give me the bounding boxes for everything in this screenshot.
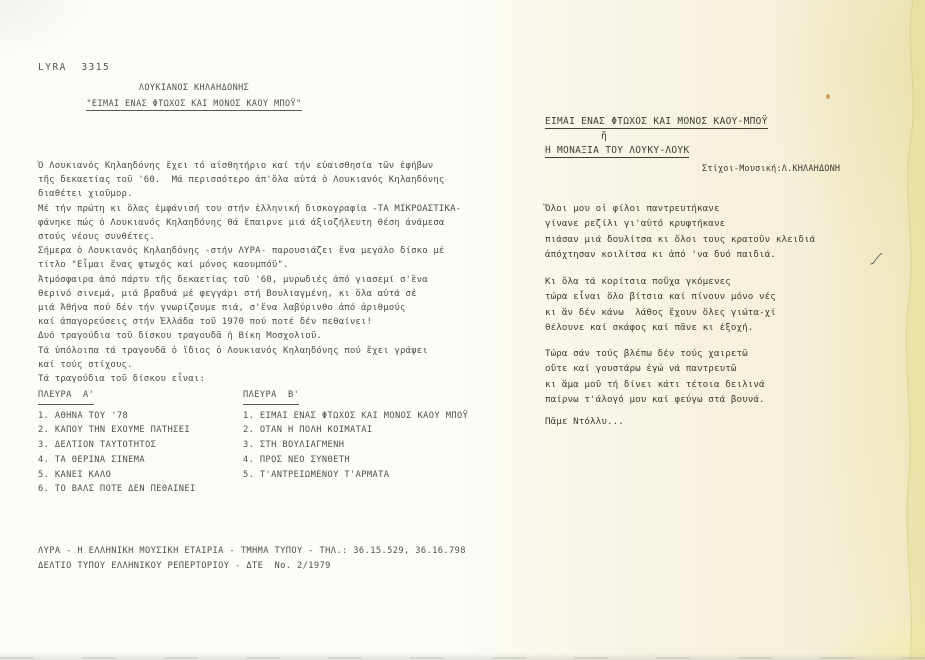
track-item: 5. ΚΑΝΕΙ ΚΑΛΟ xyxy=(38,468,196,483)
track-item: 3. ΔΕΛΤΙΟΝ ΤΑΥΤΟΤΗΤΟΣ xyxy=(38,438,196,453)
alt-title-wrap: Η ΜΟΝΑΞΙΑ ΤΟΥ ΛΟΥΚΥ-ΛΟΥΚ xyxy=(545,145,689,158)
song-title: ΕΙΜΑΙ ΕΝΑΣ ΦΤΩΧΟΣ ΚΑΙ ΜΟΝΟΣ ΚΑΟΥ-ΜΠΟΫ xyxy=(545,116,768,129)
lyric-line: Ὅλοι μου οἱ φίλοι παντρευτήκανε xyxy=(545,201,815,216)
press-footer: ΛΥΡΑ - Η ΕΛΛΗΝΙΚΗ ΜΟΥΣΙΚΗ ΕΤΑΙΡΙΑ - ΤΜΗΜ… xyxy=(38,544,466,575)
rust-speck xyxy=(825,93,830,99)
track-item: 1. ΑΘΗΝΑ ΤΟΥ '78 xyxy=(38,409,196,424)
track-item: 3. ΣΤΗ ΒΟΥΛΙΑΓΜΕΝΗ xyxy=(243,438,468,453)
pencil-mark xyxy=(868,252,884,266)
press-line: στούς νέους συνθέτες. xyxy=(38,230,468,244)
scan-bottom-shadow xyxy=(0,653,925,660)
press-line: Δυό τραγούδια τοῦ δίσκου τραγουδᾶ ἡ Βίκη… xyxy=(38,329,468,343)
track-item: 5. Τ'ΑΝΤΡΕΙΩΜΕΝΟΥ Τ'ΑΡΜΑΤΑ xyxy=(243,468,468,483)
lyric-line: τώρα εἶναι ὅλο βίτσια καί πίνουν μόνο νέ… xyxy=(545,289,776,304)
press-line: Ὁ Λουκιανός Κηλαηδόνης ἔχει τό αἰσθητήρι… xyxy=(38,159,468,173)
track-item: 1. ΕΙΜΑΙ ΕΝΑΣ ΦΤΩΧΟΣ ΚΑΙ ΜΟΝΟΣ ΚΑΟΥ ΜΠΟΫ xyxy=(243,409,468,424)
press-text: Ὁ Λουκιανός Κηλαηδόνης ἔχει τό αἰσθητήρι… xyxy=(38,159,468,386)
song-title-wrap: ΕΙΜΑΙ ΕΝΑΣ ΦΤΩΧΟΣ ΚΑΙ ΜΟΝΟΣ ΚΑΟΥ-ΜΠΟΫ xyxy=(545,116,768,129)
track-item: 4. ΤΑ ΘΕΡΙΝΑ ΣΙΝΕΜΑ xyxy=(38,453,196,468)
footer-line: ΛΥΡΑ - Η ΕΛΛΗΝΙΚΗ ΜΟΥΣΙΚΗ ΕΤΑΙΡΙΑ - ΤΜΗΜ… xyxy=(38,544,466,559)
scanned-press-release: LYRA 3315 ΛΟΥΚΙΑΝΟΣ ΚΗΛΑΗΔΟΝΗΣ "ΕΙΜΑΙ ΕΝ… xyxy=(0,0,925,660)
press-line: μιά Ἀθήνα πού δέν τήν γνωρίζουμε πιά, σ'… xyxy=(38,301,468,315)
lyric-line: οὔτε καί γουστάρω ἐγώ νά παντρευτῶ xyxy=(545,361,765,376)
footer-line: ΔΕΛΤΙΟ ΤΥΠΟΥ ΕΛΛΗΝΙΚΟΥ ΡΕΠΕΡΤΟΡΙΟΥ - ΔΤΕ… xyxy=(38,559,466,574)
press-line: τίτλο "Εἶμαι ἕνας φτωχός καί μόνος καουμ… xyxy=(38,258,468,272)
press-line: καί τούς στίχους. xyxy=(38,358,468,372)
lyrics-stanza-2: Κι ὅλα τά κορίτσια ποὔχα γκόμενες τώρα ε… xyxy=(545,274,776,336)
record-title: "ΕΙΜΑΙ ΕΝΑΣ ΦΤΩΧΟΣ ΚΑΙ ΜΟΝΟΣ ΚΑΟΥ ΜΠΟΫ" xyxy=(86,99,301,111)
lyric-line: ἀπόχτησαν κοιλίτσα κι ἀπό 'να δυό παιδιά… xyxy=(545,247,815,262)
track-item: 2. ΟΤΑΝ Η ΠΟΛΗ ΚΟΙΜΑΤΑΙ xyxy=(243,423,468,438)
lyric-line: Τώρα σάν τούς βλέπω δέν τούς χαιρετῶ xyxy=(545,346,765,361)
credits: Στίχοι-Μουσική:Λ.ΚΗΛΑΗΔΟΝΗ xyxy=(702,164,840,174)
side-a-header: ΠΛΕΥΡΑ Α' xyxy=(38,388,94,405)
lyric-line: κι ἄμα μοῦ τή δίνει κάτι τέτοια δειλινά xyxy=(545,377,765,392)
press-line: καί ἀπαγορεύσεις στήν Ἑλλάδα τοῦ 1970 πο… xyxy=(38,315,468,329)
alt-title: Η ΜΟΝΑΞΙΑ ΤΟΥ ΛΟΥΚΥ-ΛΟΥΚ xyxy=(545,145,689,158)
track-item: 4. ΠΡΟΣ ΝΕΟ ΣΥΝΘΕΤΗ xyxy=(243,453,468,468)
record-title-wrap: "ΕΙΜΑΙ ΕΝΑΣ ΦΤΩΧΟΣ ΚΑΙ ΜΟΝΟΣ ΚΑΟΥ ΜΠΟΫ" xyxy=(38,99,350,111)
press-line: Μέ τήν πρώτη κι ὅλας ἐμφάνισή του στήν ἑ… xyxy=(38,202,468,216)
track-item: 2. ΚΑΠΟΥ ΤΗΝ ΕΧΟΥΜΕ ΠΑΤΗΣΕΙ xyxy=(38,423,196,438)
catalog-number: LYRA 3315 xyxy=(38,62,110,73)
lyric-line: παίρνω τ'άλογό μου καί φεύγω στά βουνά. xyxy=(545,392,765,407)
press-line: τῆς δεκαετίας τοῦ '60. Μά περισσότερο ἀπ… xyxy=(38,173,468,187)
track-item: 6. ΤΟ ΒΑΛΣ ΠΟΤΕ ΔΕΝ ΠΕΘΑΙΝΕΙ xyxy=(38,482,196,497)
lyrics-stanza-1: Ὅλοι μου οἱ φίλοι παντρευτήκανε γίνανε ρ… xyxy=(545,201,815,263)
press-line: Τά ὑπόλοιπα τά τραγουδᾶ ὁ ἴδιος ὁ Λουκια… xyxy=(38,344,468,358)
or-separator: ἤ xyxy=(601,131,607,142)
outro-line: Πᾶμε Ντόλλυ... xyxy=(545,414,624,429)
lyric-line: θέλουνε καί σκάφος καί πᾶνε κι ἐξοχή. xyxy=(545,320,776,335)
side-b-header: ΠΛΕΥΡΑ Β' xyxy=(243,388,299,405)
press-line: Σήμερα ὁ Λουκιανός Κηλαηδόνης -στήν ΛΥΡΑ… xyxy=(38,244,468,258)
press-line: Ἀτμόσφαιρα ἀπό πάρτυ τῆς δεκαετίας τοῦ '… xyxy=(38,273,468,287)
paper-edge-texture xyxy=(883,0,925,660)
press-line: διαθέτει χιοῦμορ. xyxy=(38,187,468,201)
tracklist-side-a: ΠΛΕΥΡΑ Α' 1. ΑΘΗΝΑ ΤΟΥ '78 2. ΚΑΠΟΥ ΤΗΝ … xyxy=(38,388,196,497)
lyric-line: πιάσαν μιά δουλίτσα κι ὅλοι τους κρατοῦν… xyxy=(545,232,815,247)
lyrics-stanza-3: Τώρα σάν τούς βλέπω δέν τούς χαιρετῶ οὔτ… xyxy=(545,346,765,408)
press-line: φάνηκε πώς ὁ Λουκιανός Κηλαηδόνης θά ἔπα… xyxy=(38,216,468,230)
lyric-line: κι ἄν δέν κάνω λάθος ἔχουν ὅλες γιώτα-χί xyxy=(545,305,776,320)
tracklist-side-b: ΠΛΕΥΡΑ Β' 1. ΕΙΜΑΙ ΕΝΑΣ ΦΤΩΧΟΣ ΚΑΙ ΜΟΝΟΣ… xyxy=(243,388,468,482)
lyric-line: γίνανε ρεζίλι γι'αὐτό κρυφτήκανε xyxy=(545,216,815,231)
press-line: θερινό σινεμά, μιά βραδυά μέ φεγγάρι στή… xyxy=(38,287,468,301)
lyric-line: Κι ὅλα τά κορίτσια ποὔχα γκόμενες xyxy=(545,274,776,289)
press-line: Τά τραγούδια τοῦ δίσκου εἶναι: xyxy=(38,372,468,386)
artist-name: ΛΟΥΚΙΑΝΟΣ ΚΗΛΑΗΔΟΝΗΣ xyxy=(38,83,350,93)
